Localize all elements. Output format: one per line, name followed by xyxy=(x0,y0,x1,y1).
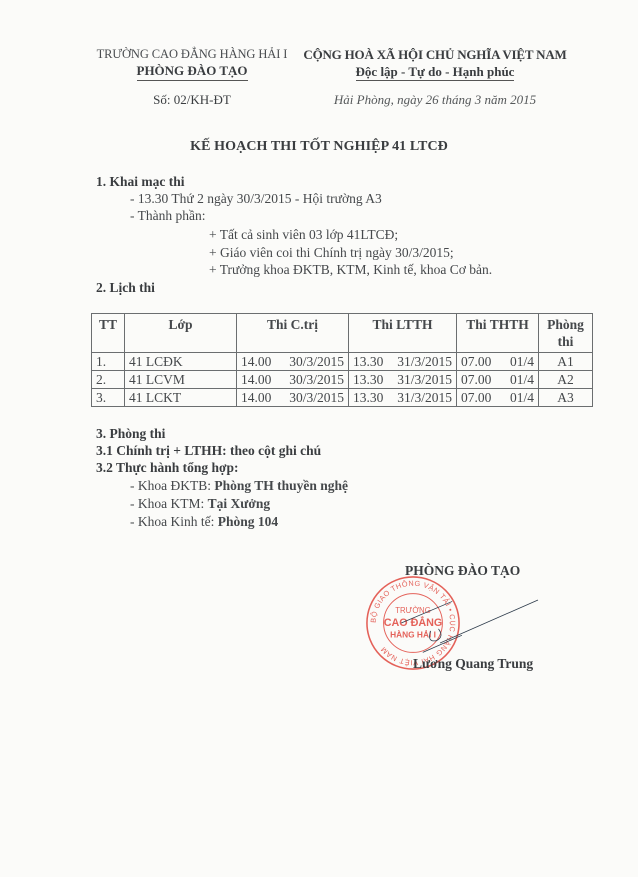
exam-date: 31/3/2015 xyxy=(397,353,452,370)
exam-time: 07.00 xyxy=(461,389,491,406)
practice-room-item: - Khoa ĐKTB: Phòng TH thuyền nghệ xyxy=(130,478,348,494)
exam-date: 01/4 xyxy=(510,353,534,370)
faculty-label: - Khoa ĐKTB: xyxy=(130,478,214,493)
exam-time: 14.00 xyxy=(241,389,271,406)
politics-exam: 14.0030/3/2015 xyxy=(237,353,349,371)
exam-room: A3 xyxy=(539,389,593,407)
exam-time: 07.00 xyxy=(461,371,491,388)
header-politics-exam: Thi C.trị xyxy=(237,314,349,353)
faculty-label: - Khoa KTM: xyxy=(130,496,208,511)
exam-time: 14.00 xyxy=(241,371,271,388)
row-number: 2. xyxy=(92,371,125,389)
faculty-label: - Khoa Kinh tế: xyxy=(130,514,218,529)
exam-time: 13.30 xyxy=(353,353,383,370)
section-1-heading: 1. Khai mạc thi xyxy=(96,174,185,190)
opening-time-place: - 13.30 Thứ 2 ngày 30/3/2015 - Hội trườn… xyxy=(130,191,382,207)
table-row: 2.41 LCVM14.0030/3/201513.3031/3/201507.… xyxy=(92,371,593,389)
politics-exam: 14.0030/3/2015 xyxy=(237,371,349,389)
header-theory-exam: Thi LTTH xyxy=(349,314,457,353)
practice-exam: 07.0001/4 xyxy=(457,371,539,389)
signatory-name: Lương Quang Trung xyxy=(413,656,533,672)
document-title: KẾ HOẠCH THI TỐT NGHIỆP 41 LTCĐ xyxy=(0,139,638,155)
section-3-2: 3.2 Thực hành tổng hợp: xyxy=(96,460,239,476)
document-page: TRƯỜNG CAO ĐẲNG HÀNG HẢI I PHÒNG ĐÀO TẠO… xyxy=(0,0,638,877)
practice-room-item: - Khoa Kinh tế: Phòng 104 xyxy=(130,514,278,530)
section-3-1: 3.1 Chính trị + LTHH: theo cột ghi chú xyxy=(96,443,321,459)
room-value: Phòng 104 xyxy=(218,514,278,529)
room-value: Phòng TH thuyền nghệ xyxy=(214,478,348,493)
exam-time: 14.00 xyxy=(241,353,271,370)
class-name: 41 LCKT xyxy=(125,389,237,407)
exam-schedule-table: TT Lớp Thi C.trị Thi LTTH Thi THTH Phòng… xyxy=(91,313,593,407)
exam-room: A2 xyxy=(539,371,593,389)
exam-date: 31/3/2015 xyxy=(397,371,452,388)
exam-date: 30/3/2015 xyxy=(289,389,344,406)
header-room: Phòng thi xyxy=(539,314,593,353)
national-motto: Độc lập - Tự do - Hạnh phúc xyxy=(356,65,515,81)
practice-exam: 07.0001/4 xyxy=(457,389,539,407)
date-line: Hải Phòng, ngày 26 tháng 3 năm 2015 xyxy=(300,92,570,108)
section-3-heading: 3. Phòng thi xyxy=(96,426,165,442)
exam-date: 01/4 xyxy=(510,371,534,388)
svg-text:HÀNG HẢI I: HÀNG HẢI I xyxy=(390,629,436,640)
participant-item: + Trưởng khoa ĐKTB, KTM, Kinh tế, khoa C… xyxy=(209,262,492,278)
participants-label: - Thành phần: xyxy=(130,208,205,224)
header-class: Lớp xyxy=(125,314,237,353)
issuer-block: TRƯỜNG CAO ĐẲNG HÀNG HẢI I PHÒNG ĐÀO TẠO xyxy=(92,47,292,81)
class-name: 41 LCĐK xyxy=(125,353,237,371)
exam-date: 30/3/2015 xyxy=(289,353,344,370)
room-value: Tại Xưởng xyxy=(208,496,270,511)
signature-stroke-icon xyxy=(440,595,540,645)
participant-item: + Giáo viên coi thi Chính trị ngày 30/3/… xyxy=(209,245,454,261)
exam-date: 01/4 xyxy=(510,389,534,406)
header-practice-exam: Thi THTH xyxy=(457,314,539,353)
exam-date: 31/3/2015 xyxy=(397,389,452,406)
participant-item: + Tất cả sinh viên 03 lớp 41LTCĐ; xyxy=(209,227,398,243)
practice-room-item: - Khoa KTM: Tại Xưởng xyxy=(130,496,270,512)
row-number: 1. xyxy=(92,353,125,371)
exam-time: 13.30 xyxy=(353,371,383,388)
section-2-heading: 2. Lịch thi xyxy=(96,280,155,296)
theory-exam: 13.3031/3/2015 xyxy=(349,353,457,371)
country-name: CỘNG HOÀ XÃ HỘI CHỦ NGHĨA VIỆT NAM xyxy=(300,47,570,63)
practice-exam: 07.0001/4 xyxy=(457,353,539,371)
class-name: 41 LCVM xyxy=(125,371,237,389)
table-header-row: TT Lớp Thi C.trị Thi LTTH Thi THTH Phòng… xyxy=(92,314,593,353)
department-name: PHÒNG ĐÀO TẠO xyxy=(137,64,248,81)
exam-date: 30/3/2015 xyxy=(289,371,344,388)
table-row: 3.41 LCKT14.0030/3/201513.3031/3/201507.… xyxy=(92,389,593,407)
national-heading: CỘNG HOÀ XÃ HỘI CHỦ NGHĨA VIỆT NAM Độc l… xyxy=(300,47,570,81)
school-name: TRƯỜNG CAO ĐẲNG HÀNG HẢI I xyxy=(92,47,292,62)
svg-text:TRƯỜNG: TRƯỜNG xyxy=(395,606,431,615)
header-tt: TT xyxy=(92,314,125,353)
exam-time: 13.30 xyxy=(353,389,383,406)
table-row: 1.41 LCĐK14.0030/3/201513.3031/3/201507.… xyxy=(92,353,593,371)
document-number: Số: 02/KH-ĐT xyxy=(92,92,292,108)
exam-room: A1 xyxy=(539,353,593,371)
row-number: 3. xyxy=(92,389,125,407)
politics-exam: 14.0030/3/2015 xyxy=(237,389,349,407)
theory-exam: 13.3031/3/2015 xyxy=(349,371,457,389)
theory-exam: 13.3031/3/2015 xyxy=(349,389,457,407)
exam-time: 07.00 xyxy=(461,353,491,370)
